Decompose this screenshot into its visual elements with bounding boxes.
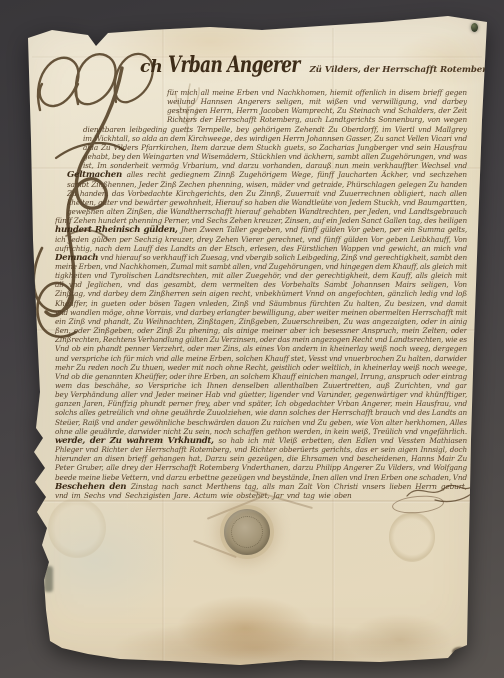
parchment-sheet: ch Vrban Angerer Zü Vilders, der Herrsch… — [0, 0, 504, 678]
manuscript-line: ßen, oder Zinßgeben, oder Zinß Zu phenin… — [55, 326, 467, 335]
manuscript-line: ohne alle geuährde, darwider nicht Zu se… — [55, 427, 467, 436]
manuscript-line: meine Erben, vnd Nachkhomen, Zumal mit s… — [55, 262, 467, 271]
crease-mark — [207, 496, 261, 519]
photograph: ch Vrban Angerer Zü Vilders, der Herrsch… — [0, 0, 504, 678]
manuscript-line: Peter Gruber, alle drey der Herrschafft … — [55, 463, 467, 472]
manuscript-line: Demnach vnd hierauf so verkhauff ich Zue… — [55, 253, 467, 262]
heading-continuation: Zü Vilders, der Herrschafft Rotemberg An… — [309, 65, 504, 75]
manuscript-line: Zu handen, das Vorbedachte Kirchgerichts… — [55, 189, 467, 198]
signature-paraph — [405, 478, 477, 504]
manuscript-line: weilund Hannsen Angerers seligen, mit wi… — [55, 97, 467, 106]
manuscript-line: werde, der Zu wahrem Vrkhundt, so hab ic… — [55, 436, 467, 445]
manuscript-line: und verspriche ich für mich vnd alle mei… — [55, 354, 467, 363]
manuscript-line: hundert Rheinisch gülden, Jhen Zween Tal… — [55, 225, 467, 234]
stain — [44, 566, 53, 592]
manuscript-line: aufrichtig, nach dem Lauff des Landts an… — [55, 244, 467, 253]
heading-name: Vrban Angerer — [168, 52, 299, 78]
heading-initial: ch — [140, 57, 163, 77]
manuscript-line: ich Jeden gülden per Sechzig kreuzer, dr… — [55, 235, 467, 244]
manuscript-line: kheiten, guter vnd bewärter gewohnheit, … — [55, 198, 467, 207]
wax-seal — [224, 509, 270, 555]
manuscript-line: Vnd ob ein phandt penner Verzehrt, oder … — [55, 344, 467, 353]
crease-mark — [193, 540, 236, 558]
seal-impression-left — [48, 498, 106, 558]
manuscript-line: vnd wandlen möge, ohne Vorrais, vnd darb… — [55, 308, 467, 317]
manuscript-line: gestrengen Herrn, Herrn Jacoben Wamprech… — [55, 106, 467, 115]
manuscript-line: gehabt, bey den Weingarten vnd Wisemäder… — [55, 152, 467, 161]
manuscript-line: Zinßrechten, Rechtens Verhandlung gülten… — [55, 335, 467, 344]
document-heading: ch Vrban Angerer Zü Vilders, der Herrsch… — [140, 52, 504, 78]
fold-line — [32, 56, 482, 59]
manuscript-line: ein Zinß vnd phandt, Zu Weihnachten, Zin… — [55, 317, 467, 326]
manuscript-line: Kheüffer, in gueten oder bösen Tagen vnl… — [55, 299, 467, 308]
seal-impression-right — [389, 512, 435, 562]
manuscript-line: Richters der Herrschafft Rotemberg, auch… — [55, 115, 467, 124]
manuscript-line: fünff Zehen hundert phenning Perner, vnd… — [55, 216, 467, 225]
manuscript-line: Beschehen den Zinstag nach sanct Merthen… — [55, 482, 467, 491]
paper-shadow: ch Vrban Angerer Zü Vilders, der Herrsch… — [0, 0, 504, 678]
manuscript-line: vnd im Sechs vnd Sechzigisten Jare. Actu… — [55, 491, 352, 500]
fold-line — [332, 28, 335, 662]
manuscript-line: Vnd ob die genannten Kheüffer, oder ihre… — [55, 372, 467, 381]
crease-mark — [249, 489, 313, 509]
manuscript-line: Geltmachen alles recht gediegnem Zinnß Z… — [55, 170, 467, 179]
manuscript-line: Zinßtag, vnd darbey dem Zinßherren sein … — [55, 289, 467, 298]
manuscript-line: all vnd Jeglichen, vnd das gesambt, dem … — [55, 280, 467, 289]
manuscript-line: hierunder an disen brieff gehangen hat, … — [55, 454, 467, 463]
manuscript-line: geweßnen alten Zinßen, die Wandtherrscha… — [55, 207, 467, 216]
manuscript-line: solchs alles getreülich vnd ohne geuährd… — [55, 408, 467, 417]
manuscript-line: Phleger vnd Richter der Herrschafft Rote… — [55, 445, 467, 454]
fold-line — [32, 167, 482, 170]
manuscript-line: mehr Zu reden noch Zu thuen, weder mit n… — [55, 363, 467, 372]
watermark-sprig-icon — [166, 80, 208, 138]
manuscript-line: bey Verphändung aller vnd Jeder meiner H… — [55, 390, 467, 399]
manuscript-line: Steüer, Raiß vnd ander gewöhnliche besch… — [55, 418, 467, 427]
fold-line — [162, 28, 165, 662]
manuscript-line: wem das beschähe, so Verspriche ich Ihne… — [55, 381, 467, 390]
manuscript-line: ganzen Jaren, Fünffzig phundt perner fre… — [55, 399, 467, 408]
manuscript-line: alda Zu Vilders Pfarrkirchen, Item darzu… — [55, 143, 467, 152]
manuscript-line: dienstbaren leibgeding guetts Ternpelle,… — [55, 125, 467, 134]
calligraphic-initial — [26, 40, 172, 352]
manuscript-line: im Wickhtall, so alda an dem Kirchweege,… — [55, 134, 467, 143]
manuscript-line: sambt Zinßhennen, Jeder Zinß Zechen phen… — [55, 180, 467, 189]
manuscript-line: ist, Im sonderheit vermög Vrbarium, vnd … — [55, 161, 467, 170]
manuscript-line: tigkheiten vnd Tyrolischen Landtsrechten… — [55, 271, 467, 280]
stain — [451, 646, 465, 657]
fold-line — [32, 329, 482, 332]
manuscript-line: beede meine liebe Vettern, vnd darzu erb… — [55, 473, 467, 482]
pin-tack — [471, 23, 478, 32]
fold-line — [32, 500, 482, 503]
manuscript-line: für mich all meine Erben vnd Nachkhomen,… — [55, 88, 467, 97]
ink-oval-mark — [391, 494, 444, 515]
manuscript-text-block: für mich all meine Erben vnd Nachkhomen,… — [55, 88, 467, 500]
